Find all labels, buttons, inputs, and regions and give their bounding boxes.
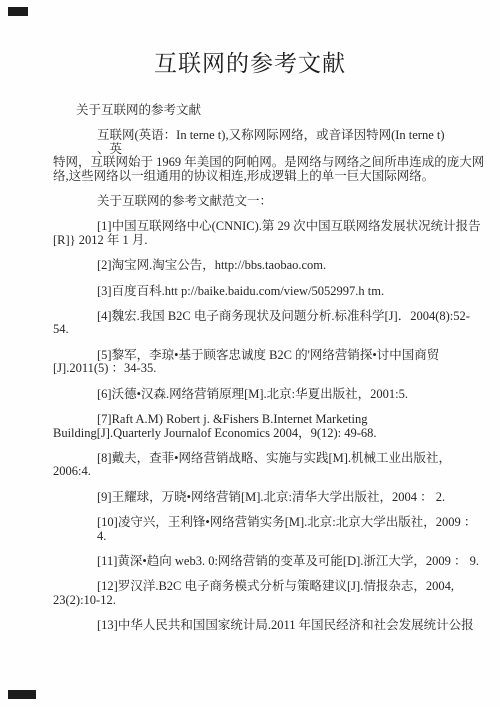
scan-artifact-bottom-left	[8, 690, 36, 699]
text-line: [5]黎军，李琼•基于顾客忠诚度 B2C 的'网络营销探•讨中国商贸	[97, 349, 483, 362]
paragraph-block: 互联网(英语：In terne t),又称网际网络，或音译因特网(In tern…	[53, 129, 483, 183]
text-line: 特网，互联网始于 1969 年美国的阿帕网。是网络与网络之间所串连成的庞大网	[53, 156, 483, 169]
text-line: 2006:4.	[53, 465, 483, 478]
text-line: [11]黄深•趋向 web3. 0:网络营销的变革及可能[D].浙江大学，200…	[97, 555, 483, 568]
text-line: [10]凌守兴，王利锋•网络营销实务[M].北京:北京大学出版社，2009 ：	[97, 516, 483, 529]
paragraph-block: [9]王耀球，万晓•网络营销[M].北京:清华大学出版社，2004 ： 2.	[53, 491, 483, 504]
paragraph-block: [5]黎军，李琼•基于顾客忠诚度 B2C 的'网络营销探•讨中国商贸[J].20…	[53, 349, 483, 376]
paragraph-block: [10]凌守兴，王利锋•网络营销实务[M].北京:北京大学出版社，2009 ：4…	[53, 516, 483, 543]
paragraph-block: [8]戴夫，查菲•网络营销战略、实施与实践[M].机械工业出版社，2006:4.	[53, 452, 483, 479]
paragraph-block: [1]中国互联网络中心(CNNIC).第 29 次中国互联网络发展状况统计报告[…	[53, 220, 483, 247]
text-line: [8]戴夫，查菲•网络营销战略、实施与实践[M].机械工业出版社，	[97, 452, 483, 465]
paragraph-block: [2]淘宝网.淘宝公告，http://bbs.taobao.com.	[53, 259, 483, 272]
text-line: [6]沃德•汉森.网络营销原理[M].北京:华夏出版社，2001:5.	[97, 388, 483, 401]
text-line: Building[J].Quarterly Journalof Economic…	[53, 427, 483, 440]
scan-artifact-top-left	[8, 7, 28, 16]
paragraph-block: 关于互联网的参考文献	[53, 104, 483, 117]
text-line: 互联网(英语：In terne t),又称网际网络，或音译因特网(In tern…	[97, 129, 483, 142]
text-line: 络,这些网络以一组通用的协议相连,形成逻辑上的单一巨大国际网络。	[53, 170, 483, 183]
paragraph-block: [3]百度百科.htt p://baike.baidu.com/view/505…	[53, 285, 483, 298]
paragraph-block: [4]魏宏.我国 B2C 电子商务现状及问题分析.标准科学[J]．2004(8)…	[53, 310, 483, 337]
document-body: 关于互联网的参考文献互联网(英语：In terne t),又称网际网络，或音译因…	[53, 104, 483, 645]
paragraph-block: [7]Raft A.M) Robert j. &Fishers B.Intern…	[53, 413, 483, 440]
paragraph-block: 关于互联网的参考文献范文一：	[53, 195, 483, 208]
text-line: [R]} 2012 年 1 月.	[53, 234, 483, 247]
text-line: [4]魏宏.我国 B2C 电子商务现状及问题分析.标准科学[J]．2004(8)…	[97, 310, 483, 323]
text-line: [1]中国互联网络中心(CNNIC).第 29 次中国互联网络发展状况统计报告	[97, 220, 483, 233]
paragraph-block: [11]黄深•趋向 web3. 0:网络营销的变革及可能[D].浙江大学，200…	[53, 555, 483, 568]
text-line: [7]Raft A.M) Robert j. &Fishers B.Intern…	[97, 413, 483, 426]
text-line: [2]淘宝网.淘宝公告，http://bbs.taobao.com.	[97, 259, 483, 272]
text-line: [J].2011(5) ：34-35.	[53, 362, 483, 375]
text-line: [9]王耀球，万晓•网络营销[M].北京:清华大学出版社，2004 ： 2.	[97, 491, 483, 504]
document-title: 互联网的参考文献	[0, 0, 500, 78]
paragraph-block: [12]罗汉洋.B2C 电子商务模式分析与策略建议[J].情报杂志，2004,2…	[53, 580, 483, 607]
text-line: [3]百度百科.htt p://baike.baidu.com/view/505…	[97, 285, 483, 298]
text-line: [13]中华人民共和国国家统计局.2011 年国民经济和社会发展统计公报	[97, 619, 483, 632]
text-line: 23(2):10-12.	[53, 594, 483, 607]
text-line: 关于互联网的参考文献范文一：	[97, 195, 483, 208]
text-line: 关于互联网的参考文献	[76, 104, 483, 117]
document-page: 互联网的参考文献 关于互联网的参考文献互联网(英语：In terne t),又称…	[0, 0, 500, 707]
paragraph-block: [13]中华人民共和国国家统计局.2011 年国民经济和社会发展统计公报	[53, 619, 483, 632]
text-line: 4.	[97, 530, 483, 543]
paragraph-block: [6]沃德•汉森.网络营销原理[M].北京:华夏出版社，2001:5.	[53, 388, 483, 401]
text-line: [12]罗汉洋.B2C 电子商务模式分析与策略建议[J].情报杂志，2004,	[97, 580, 483, 593]
text-line: 54.	[53, 323, 483, 336]
